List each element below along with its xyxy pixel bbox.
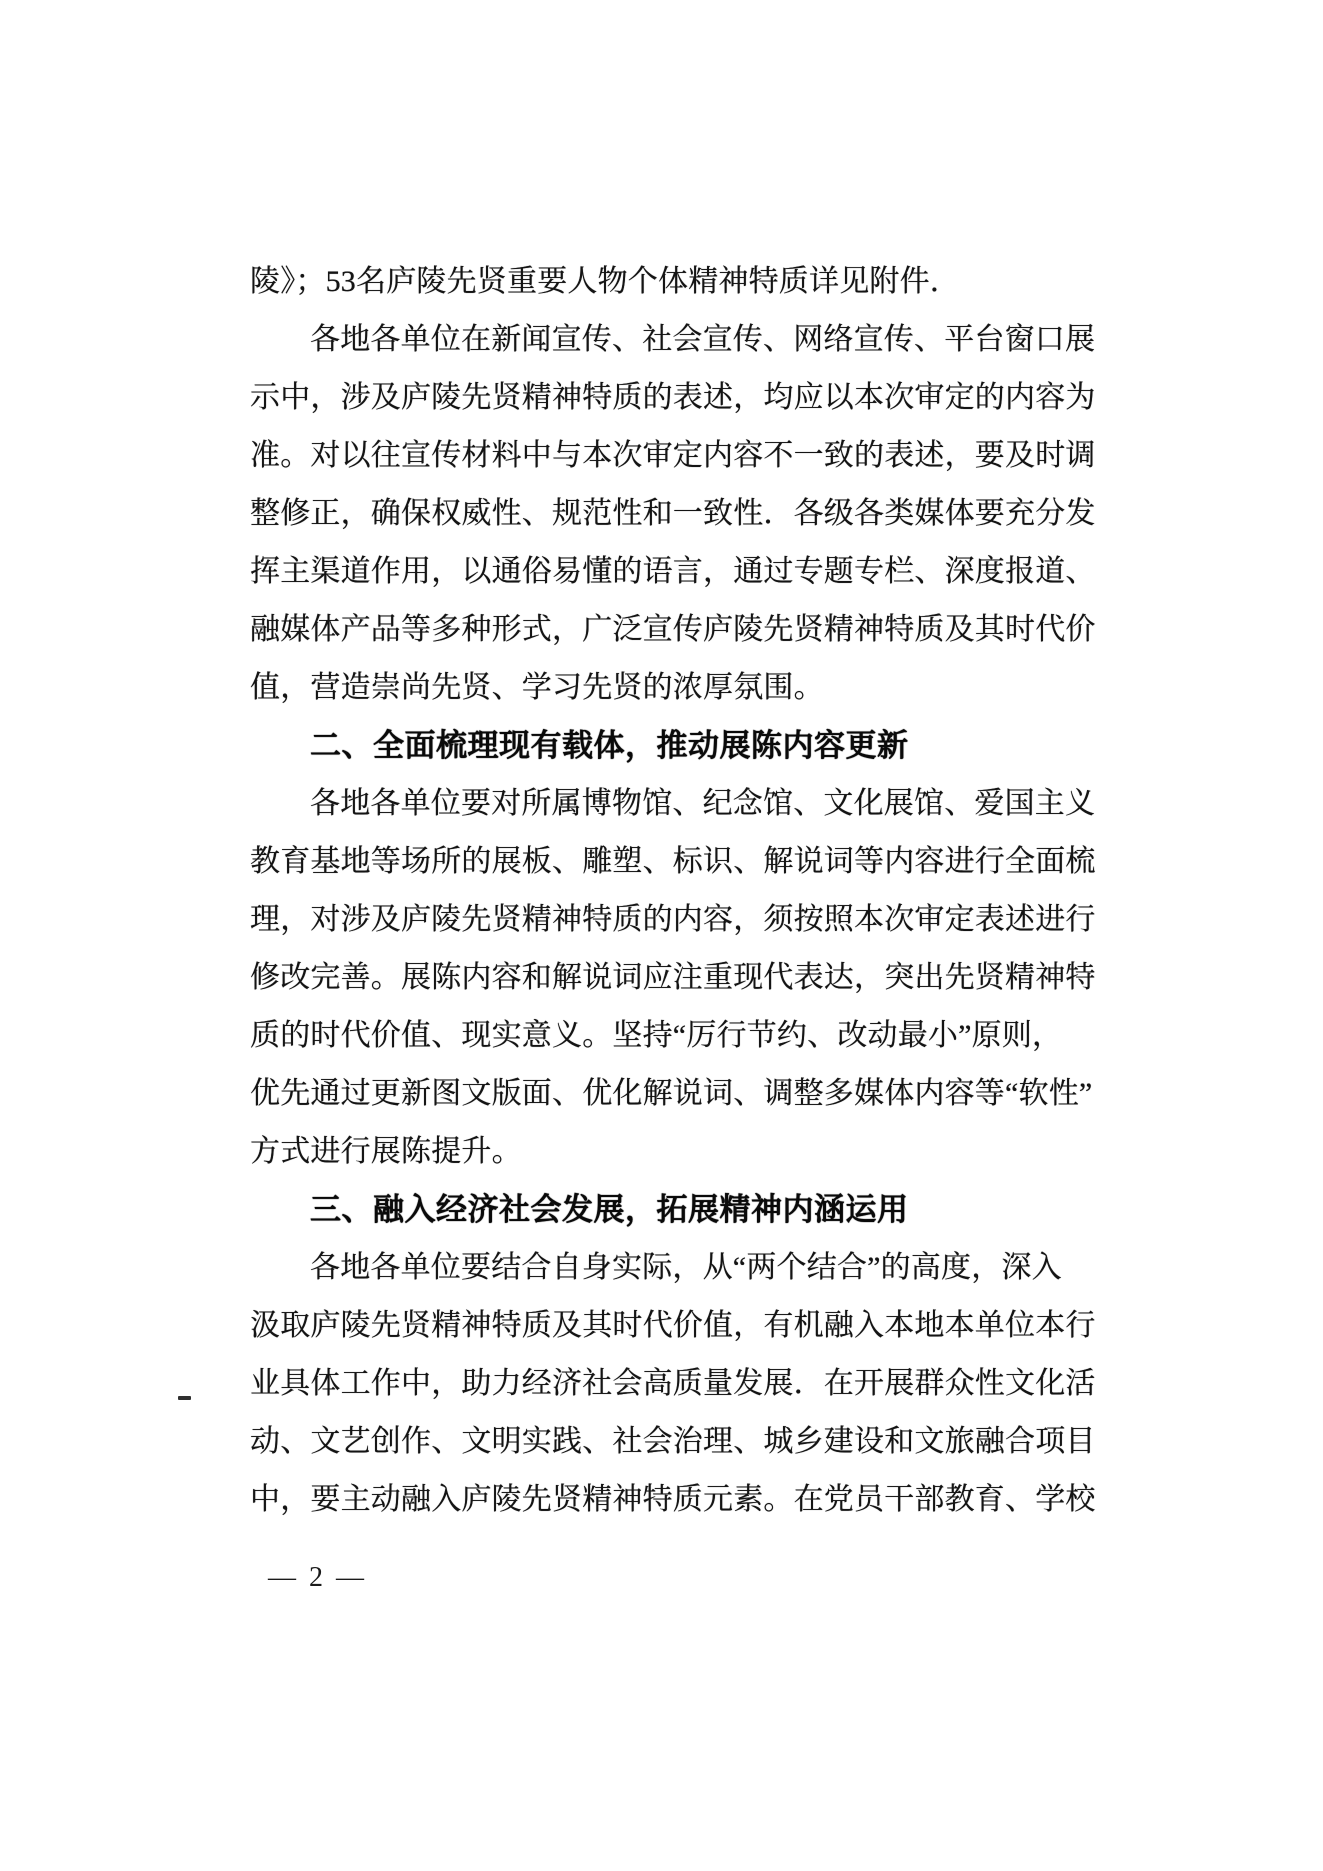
text-line: 优先通过更新图文版面、优化解说词、调整多媒体内容等“软性” — [250, 1065, 1090, 1123]
text-line: 动、文艺创作、文明实践、社会治理、城乡建设和文旅融合项目 — [250, 1413, 1090, 1471]
page-number: — 2 — — [268, 1562, 367, 1594]
text-line: 质的时代价值、现实意义。坚持“厉行节约、改动最小”原则， — [250, 1007, 1090, 1065]
text-line: 理，对涉及庐陵先贤精神特质的内容，须按照本次审定表述进行 — [250, 891, 1090, 949]
scan-artifact-dash — [178, 1396, 191, 1400]
text-line: 各地各单位要结合自身实际，从“两个结合”的高度，深入 — [250, 1239, 1090, 1297]
text-line: 融媒体产品等多种形式，广泛宣传庐陵先贤精神特质及其时代价 — [250, 601, 1090, 659]
text-line: 陵》；53名庐陵先贤重要人物个体精神特质详见附件． — [250, 253, 1090, 311]
text-line: 各地各单位要对所属博物馆、纪念馆、文化展馆、爱国主义 — [250, 775, 1090, 833]
text-line: 值，营造崇尚先贤、学习先贤的浓厚氛围。 — [250, 659, 1090, 717]
text-line: 业具体工作中，助力经济社会高质量发展．在开展群众性文化活 — [250, 1355, 1090, 1413]
section-heading: 三、融入经济社会发展，拓展精神内涵运用 — [250, 1181, 1090, 1239]
text-line: 教育基地等场所的展板、雕塑、标识、解说词等内容进行全面梳 — [250, 833, 1090, 891]
text-line: 挥主渠道作用，以通俗易懂的语言，通过专题专栏、深度报道、 — [250, 543, 1090, 601]
body-text: 陵》；53名庐陵先贤重要人物个体精神特质详见附件． 各地各单位在新闻宣传、社会宣… — [250, 253, 1090, 1529]
text-line: 中，要主动融入庐陵先贤精神特质元素。在党员干部教育、学校 — [250, 1471, 1090, 1529]
section-heading: 二、全面梳理现有载体，推动展陈内容更新 — [250, 717, 1090, 775]
text-line: 方式进行展陈提升。 — [250, 1123, 1090, 1181]
document-page: 陵》；53名庐陵先贤重要人物个体精神特质详见附件． 各地各单位在新闻宣传、社会宣… — [0, 0, 1323, 1871]
text-line: 汲取庐陵先贤精神特质及其时代价值，有机融入本地本单位本行 — [250, 1297, 1090, 1355]
text-line: 示中，涉及庐陵先贤精神特质的表述，均应以本次审定的内容为 — [250, 369, 1090, 427]
text-line: 准。对以往宣传材料中与本次审定内容不一致的表述，要及时调 — [250, 427, 1090, 485]
text-line: 整修正，确保权威性、规范性和一致性．各级各类媒体要充分发 — [250, 485, 1090, 543]
text-line: 各地各单位在新闻宣传、社会宣传、网络宣传、平台窗口展 — [250, 311, 1090, 369]
text-line: 修改完善。展陈内容和解说词应注重现代表达，突出先贤精神特 — [250, 949, 1090, 1007]
